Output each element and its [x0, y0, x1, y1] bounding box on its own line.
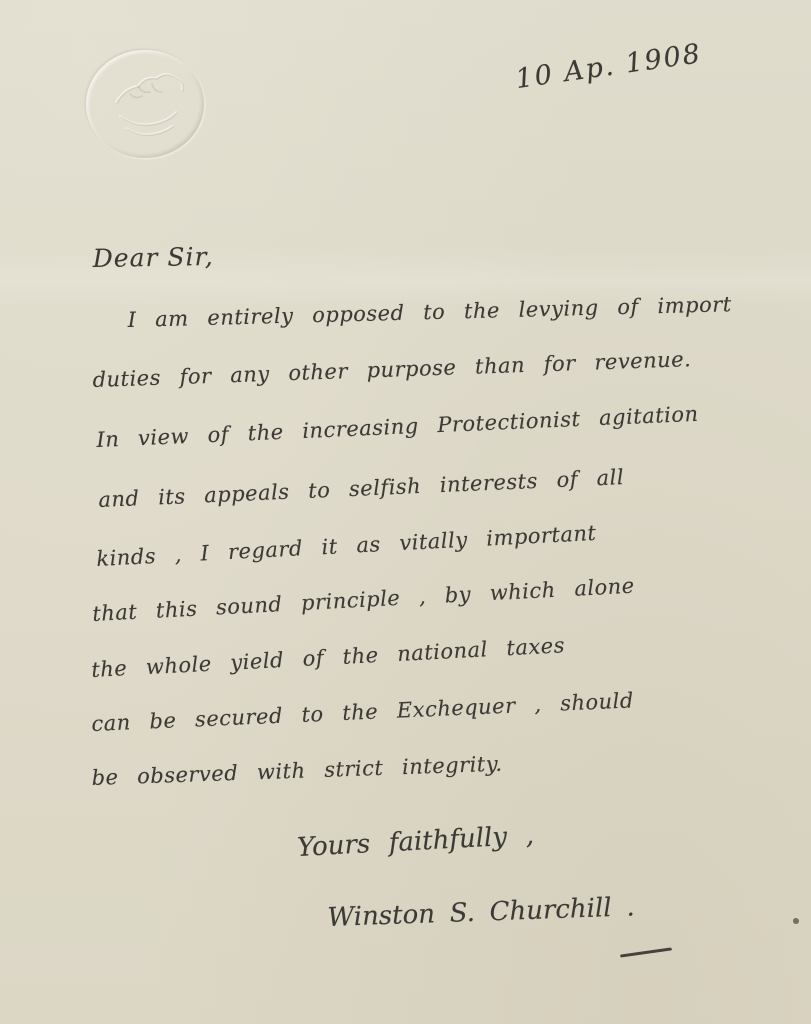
letter-page: 10 Ap. 1908 Dear Sir, I am entirely oppo… [0, 0, 811, 1024]
signature: Winston S. Churchill . [327, 892, 635, 933]
letter-body-line: In view of the increasing Protectionist … [96, 402, 699, 452]
letter-body-line: be observed with strict integrity. [91, 752, 503, 790]
seal-oval-outline [86, 50, 204, 158]
letter-body-line: that this sound principle , by which alo… [92, 574, 635, 626]
letter-body-line: kinds , I regard it as vitally important [96, 521, 597, 571]
letter-salutation: Dear Sir, [92, 242, 213, 273]
letter-closing: Yours faithfully , [296, 821, 534, 863]
paper-speck [793, 918, 799, 924]
letter-body-line: the whole yield of the national taxes [91, 633, 566, 682]
letter-date: 10 Ap. 1908 [514, 38, 704, 95]
letter-body-line: and its appeals to selfish interests of … [98, 465, 625, 512]
signature-flourish-underline [620, 947, 672, 957]
embossed-crest-seal-icon [86, 50, 204, 158]
letter-body-line: duties for any other purpose than for re… [92, 347, 691, 392]
letter-body-line: can be secured to the Exchequer , should [91, 688, 634, 736]
letter-body-line: I am entirely opposed to the levying of … [127, 292, 732, 332]
